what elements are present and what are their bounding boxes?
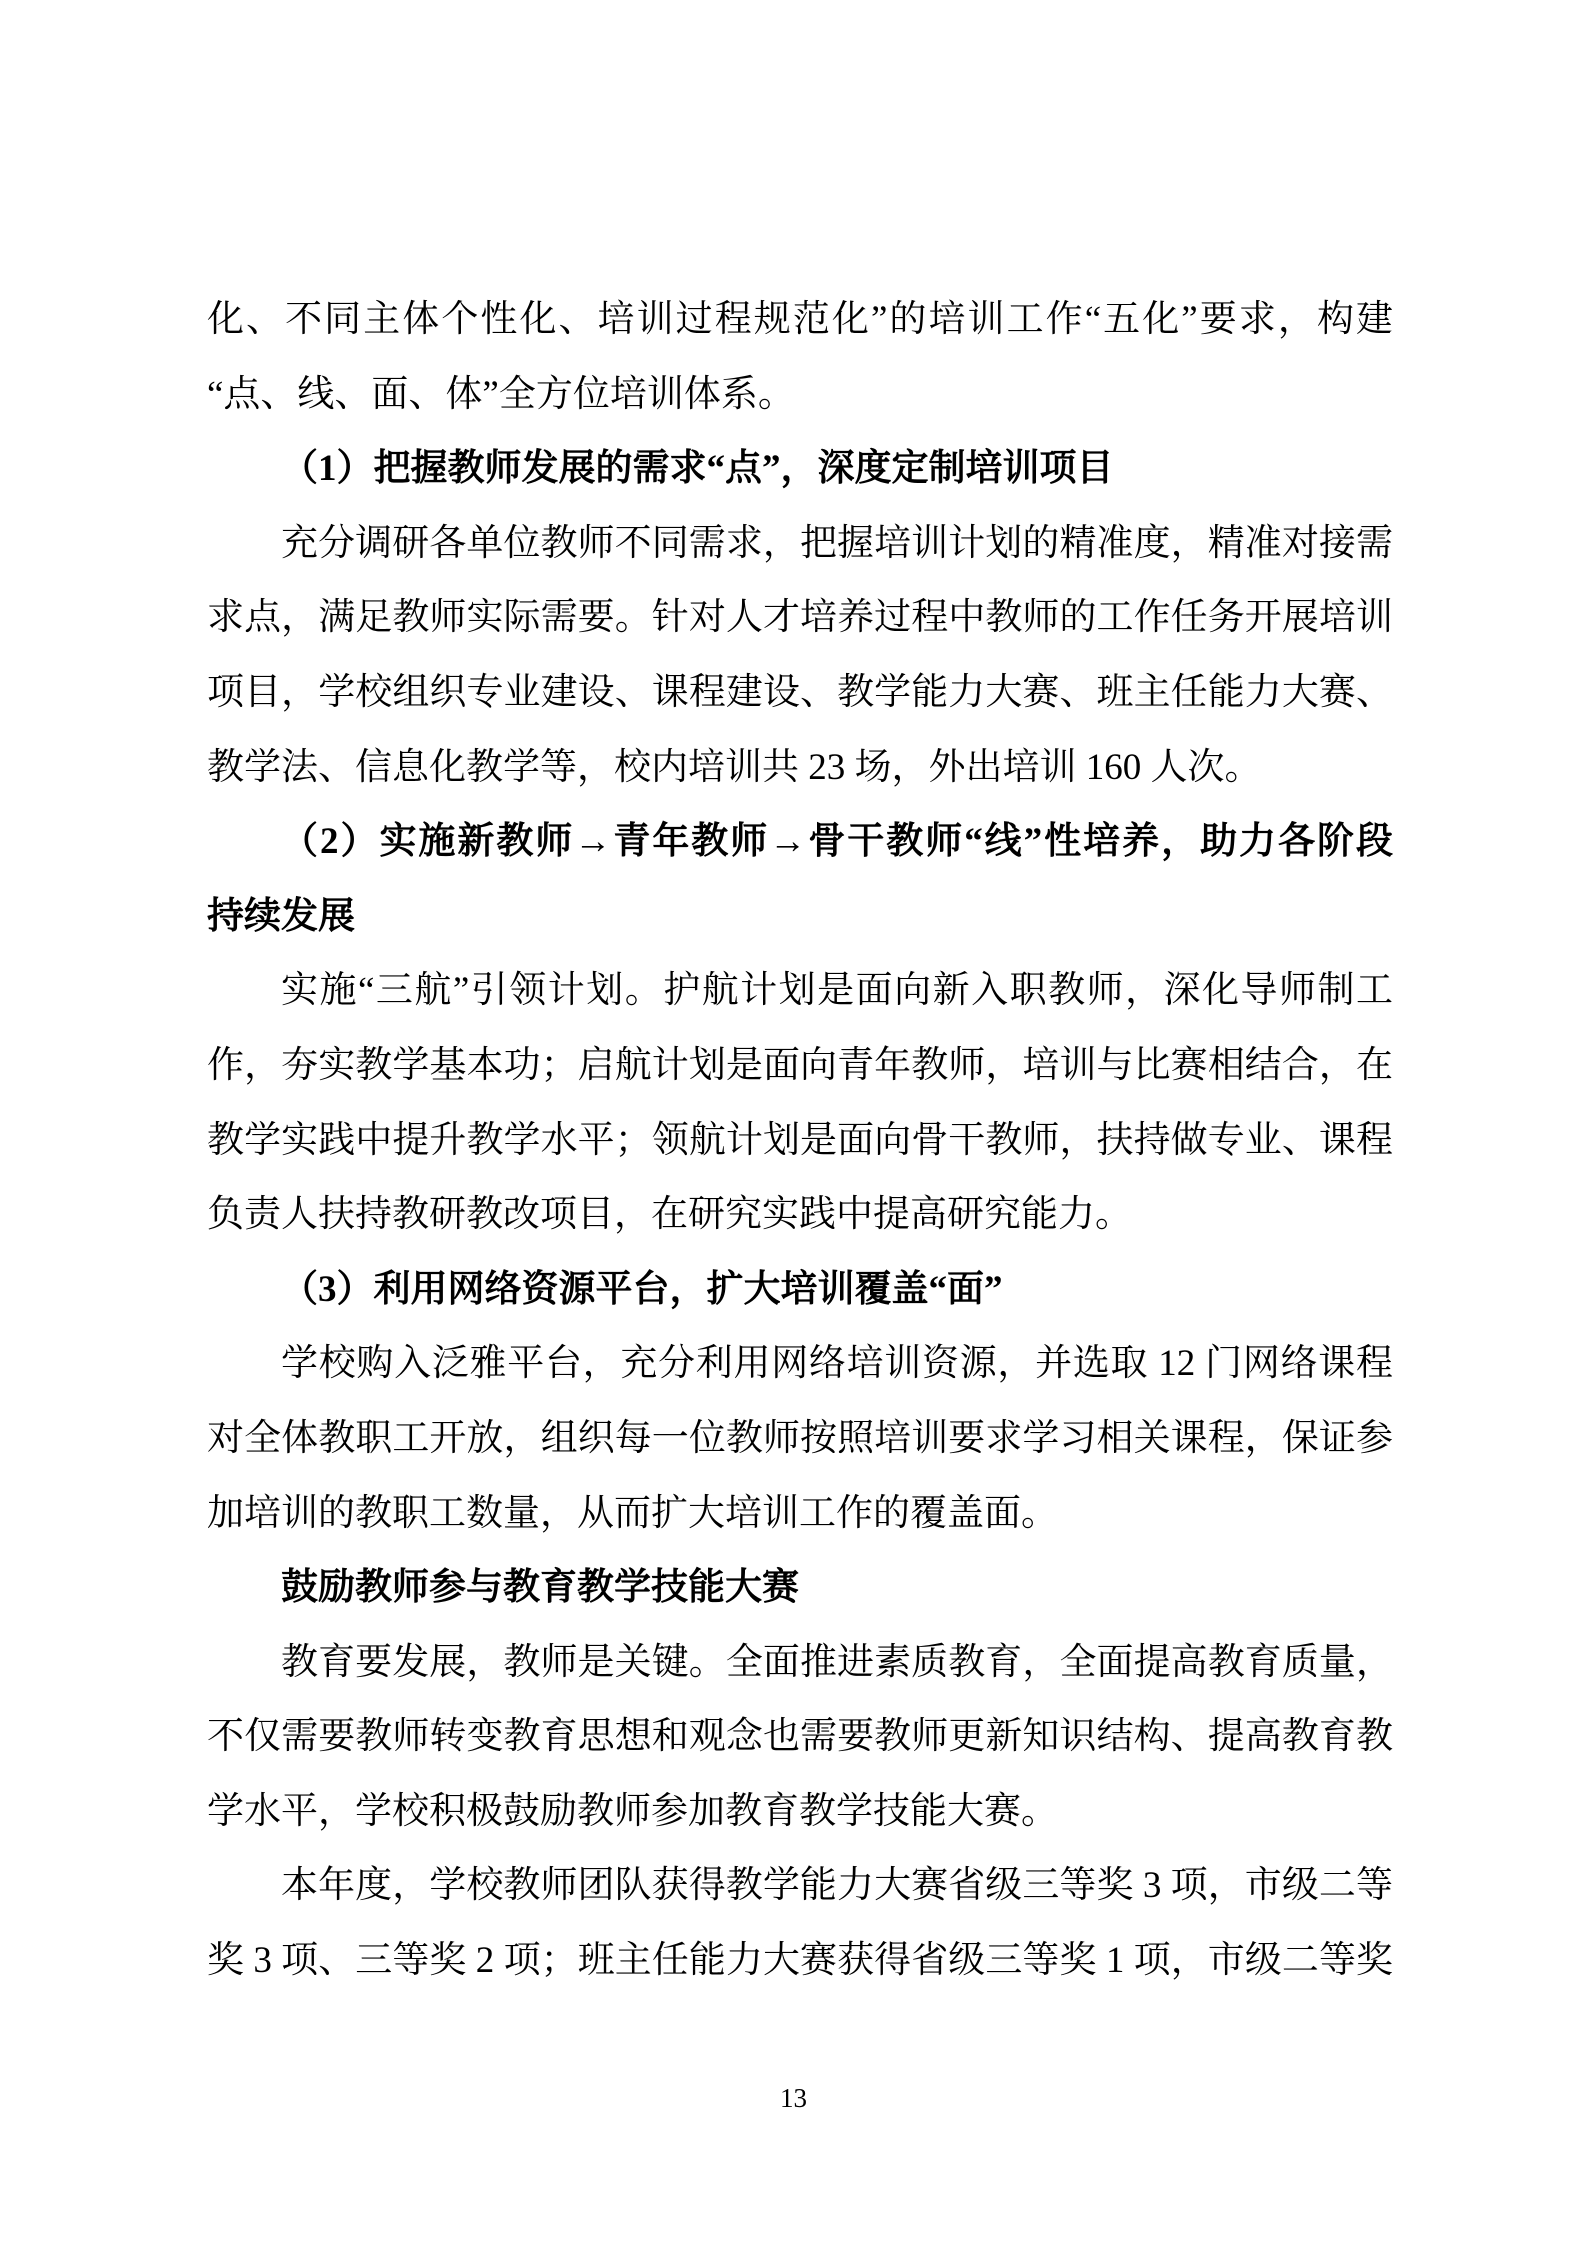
text-line: （1）把握教师发展的需求“点”，深度定制培训项目 <box>207 432 1393 507</box>
text-line: 奖 3 项、三等奖 2 项；班主任能力大赛获得省级三等奖 1 项，市级二等奖 <box>207 1924 1393 1999</box>
text-line: （3）利用网络资源平台，扩大培训覆盖“面” <box>207 1253 1393 1328</box>
text-block: 化、不同主体个性化、培训过程规范化”的培训工作“五化”要求，构建“点、线、面、体… <box>207 283 1393 1999</box>
text-line: 作，夯实教学基本功；启航计划是面向青年教师，培训与比赛相结合，在 <box>207 1029 1393 1104</box>
text-line: 学水平，学校积极鼓励教师参加教育教学技能大赛。 <box>207 1775 1393 1850</box>
text-line: 教学法、信息化教学等，校内培训共 23 场，外出培训 160 人次。 <box>207 731 1393 806</box>
text-line: 鼓励教师参与教育教学技能大赛 <box>207 1551 1393 1626</box>
text-line: 持续发展 <box>207 880 1393 955</box>
text-line: 负责人扶持教研教改项目，在研究实践中提高研究能力。 <box>207 1178 1393 1253</box>
text-line: 求点，满足教师实际需要。针对人才培养过程中教师的工作任务开展培训 <box>207 581 1393 656</box>
text-line: 教育要发展，教师是关键。全面推进素质教育，全面提高教育质量， <box>207 1626 1393 1701</box>
document-page: 化、不同主体个性化、培训过程规范化”的培训工作“五化”要求，构建“点、线、面、体… <box>0 0 1587 2245</box>
text-line: （2）实施新教师→青年教师→骨干教师“线”性培养，助力各阶段 <box>207 805 1393 880</box>
text-line: 教学实践中提升教学水平；领航计划是面向骨干教师，扶持做专业、课程 <box>207 1104 1393 1179</box>
text-line: 加培训的教职工数量，从而扩大培训工作的覆盖面。 <box>207 1477 1393 1552</box>
text-line: 本年度，学校教师团队获得教学能力大赛省级三等奖 3 项，市级二等 <box>207 1849 1393 1924</box>
text-line: 项目，学校组织专业建设、课程建设、教学能力大赛、班主任能力大赛、 <box>207 656 1393 731</box>
text-line: 对全体教职工开放，组织每一位教师按照培训要求学习相关课程，保证参 <box>207 1402 1393 1477</box>
text-line: 化、不同主体个性化、培训过程规范化”的培训工作“五化”要求，构建 <box>207 283 1393 358</box>
text-line: 充分调研各单位教师不同需求，把握培训计划的精准度，精准对接需 <box>207 507 1393 582</box>
page-number: 13 <box>0 2082 1587 2114</box>
text-line: “点、线、面、体”全方位培训体系。 <box>207 358 1393 433</box>
text-line: 学校购入泛雅平台，充分利用网络培训资源，并选取 12 门网络课程 <box>207 1327 1393 1402</box>
text-line: 实施“三航”引领计划。护航计划是面向新入职教师，深化导师制工 <box>207 954 1393 1029</box>
text-line: 不仅需要教师转变教育思想和观念也需要教师更新知识结构、提高教育教 <box>207 1700 1393 1775</box>
